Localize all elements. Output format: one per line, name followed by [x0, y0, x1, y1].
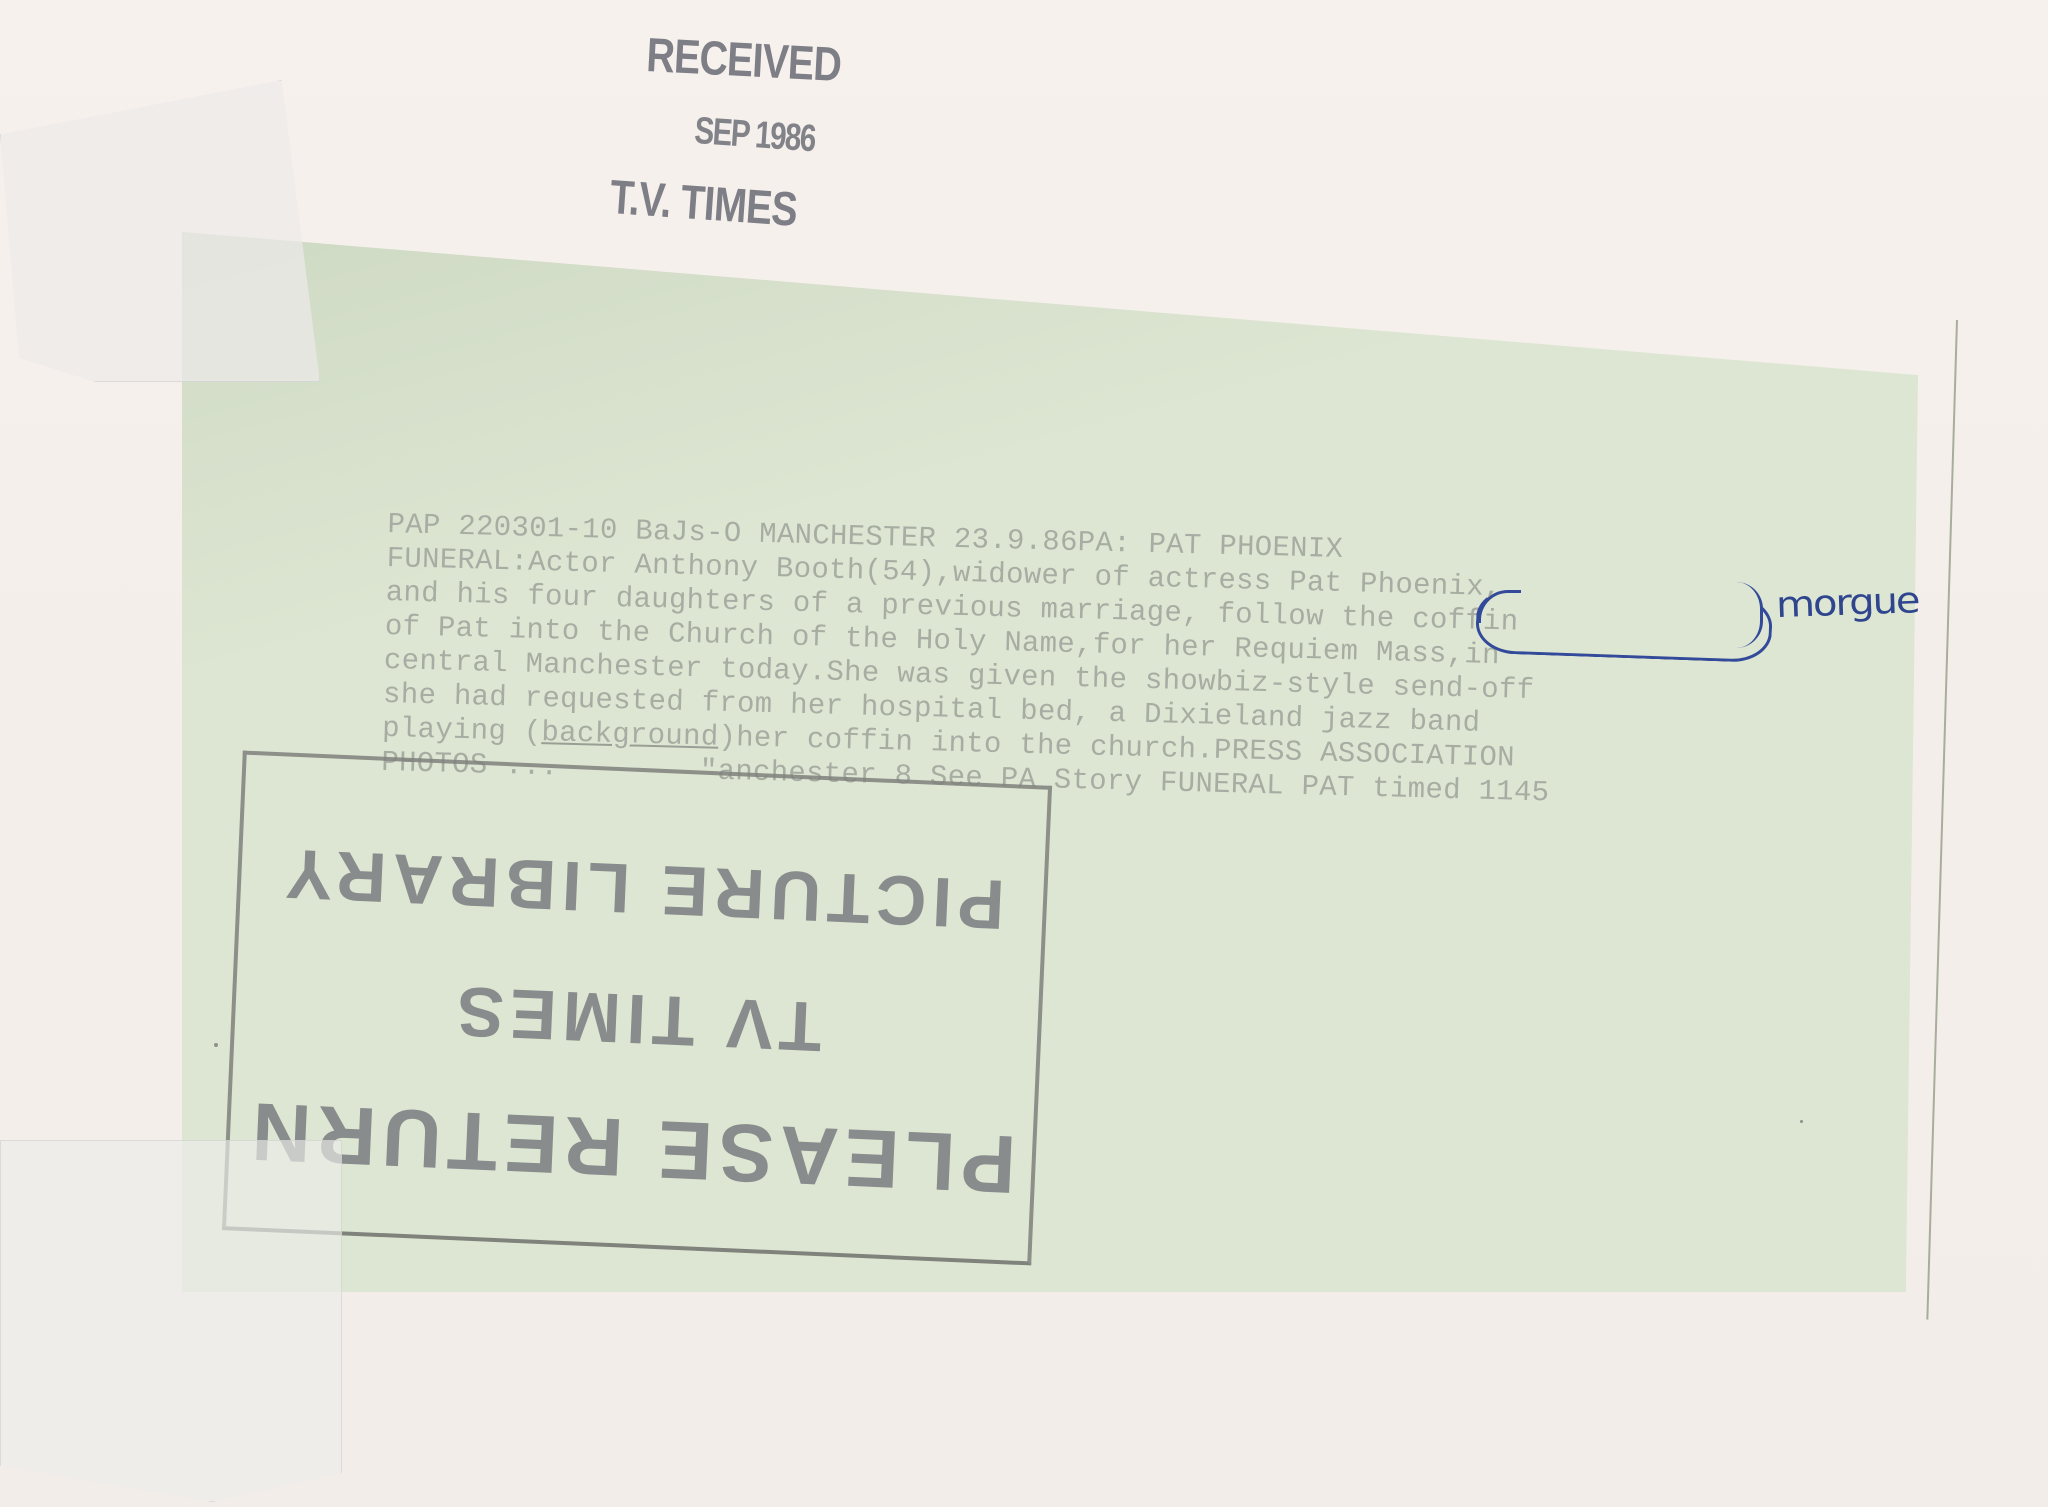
underlined-word: background	[541, 716, 719, 754]
handwritten-note: morgue	[1775, 580, 1919, 626]
adhesive-tape-top	[0, 80, 320, 382]
caption-line7-prefix: playing (	[382, 712, 542, 749]
library-stamp-line3: PICTURE LIBRARY	[240, 832, 1045, 947]
adhesive-tape-bottom	[0, 1140, 342, 1502]
library-return-stamp: PLEASE RETURN TV TIMES PICTURE LIBRARY	[222, 751, 1052, 1266]
ink-speck	[214, 1043, 218, 1047]
ink-speck	[1800, 1120, 1803, 1123]
library-stamp-line1: PLEASE RETURN	[228, 1082, 1033, 1211]
received-stamp-publication: T.V. TIMES	[608, 170, 799, 238]
received-stamp: RECEIVED SEP 1986 T.V. TIMES	[600, 20, 900, 250]
received-stamp-date: SEP 1986	[693, 110, 816, 161]
received-stamp-line1: RECEIVED	[645, 28, 842, 93]
library-stamp-line2: TV TIMES	[234, 962, 1039, 1077]
